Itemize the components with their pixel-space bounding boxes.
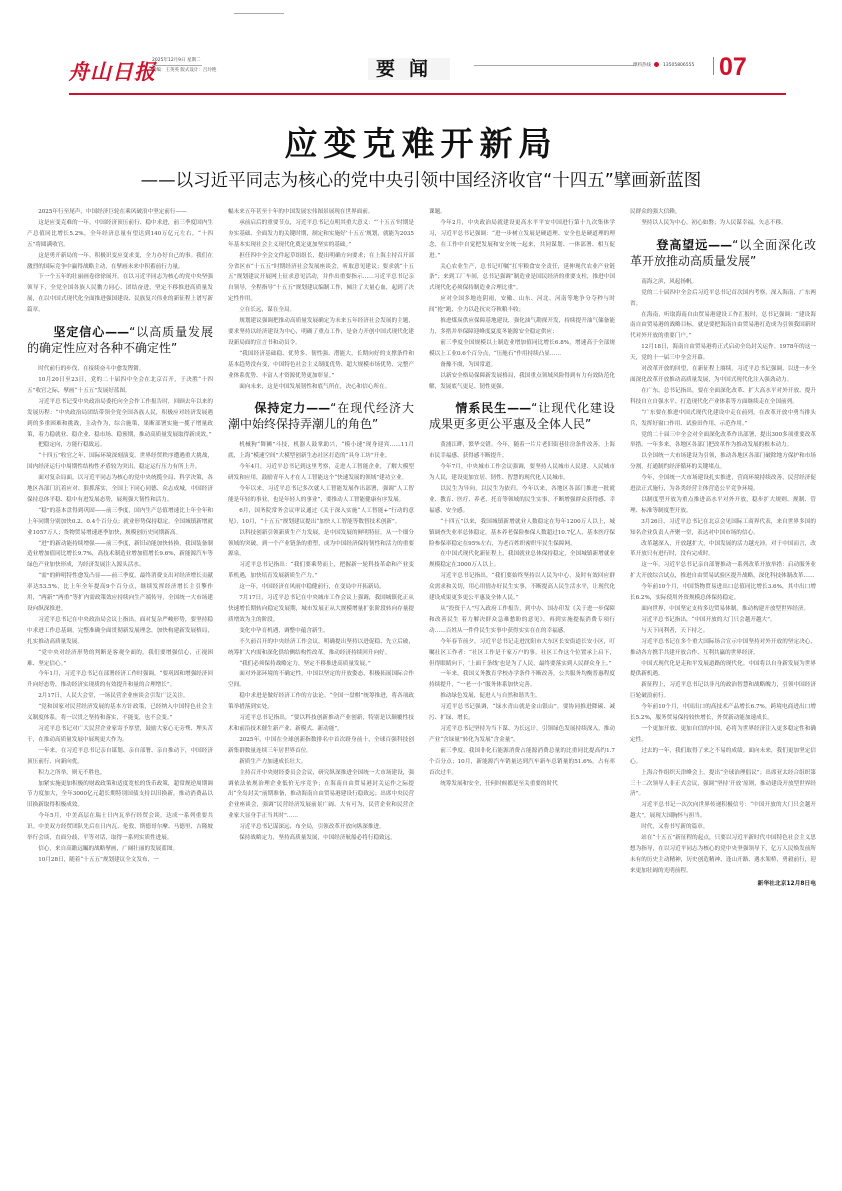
paragraph: “十四五”收官之年，国际环境深刻演变，世界经贸秩序遭遇重大挑战，国内经济运行中周… (27, 451, 213, 473)
paragraph: 推进煤炭供应保障基地建设，强化油气勘探开发，持续提升油气储备能力，多措并举保障迎… (429, 316, 615, 338)
issue-date: 2025年12月9日 星期二 (152, 56, 202, 66)
dateline-byline: 新华社北京12月8日电 (630, 879, 816, 890)
paragraph: 关心农业生产，总书记叮嘱“扛牢粮食安全责任，延伸现代农业产业链条”；来到工厂车间… (429, 262, 615, 295)
paragraph: 10月20日至23日，党的二十届四中全会在北京召开，于决胜“十四五”收官之际，擘… (27, 375, 213, 397)
paragraph: 从“投资于人”写入政府工作报告，到中办、国办印发《关于进一步保障和改善民生 着力… (429, 604, 615, 637)
paragraph: 习近平总书记在多个重大国际场合宣示中国坚持对外开放的坚定决心，推动各方携手共建开… (630, 637, 816, 659)
paragraph: 以民生为导向，以民生为依归。今年以来，各地区各部门推进一批就业、教育、医疗、养老… (429, 484, 615, 517)
hotline-label: 爆料热线 (633, 63, 651, 68)
paragraph: 把稳定向，方能行稳致远。 (27, 440, 213, 451)
hotline-number: 13505806555 (663, 63, 695, 68)
paragraph: 统筹发展和安全，任何时候都是至关重要的时代 (429, 779, 615, 790)
paragraph: “十四五”以来，我国城镇新增就业人数稳定在每年1200万人以上，城镇调查失业率总… (429, 517, 615, 550)
page-number: 07 (719, 54, 747, 80)
paragraph: 面向世界，中国坚定支持多边贸易体制，推动构建开放型世界经济。 (630, 604, 816, 615)
newspaper-logo: 舟山日报 (68, 56, 156, 86)
paragraph: 今年1月，习近平总书记在部署经济工作时强调，“要巩固和增强经济回升向好态势，推动… (27, 669, 213, 691)
paragraph: 今年前10个月，中国出口的高技术产品增长6.7%，跨境电商进出口增长5.2%，服… (630, 702, 816, 724)
paragraph: “党中央对经济形势的判断是客观全面的，我们要增强信心，正视困难、坚定信心。” (27, 648, 213, 670)
paragraph: 今年以来，习近平总书记多次就人工智能发展作出部署，强调“人工智能是年轻的事业，也… (228, 484, 414, 506)
paragraph: 面对外部环境的不确定性，中国以坚定的开放姿态，积极拓展国际合作空间。 (228, 669, 414, 691)
paragraph: 一年来，在习近平总书记亲自谋划、亲自部署、亲自推动下，中国经济顶压前行、向新向优… (27, 746, 213, 768)
paragraph: 这一年，中国经济在风雨中稳健前行，在变局中开拓新局。 (228, 582, 414, 593)
paragraph: 习近平总书记一次次向世界传递积极信号：“中国开放的大门只会越开越大”，展现大国胸… (630, 800, 816, 822)
paragraph: 习近平总书记受中央政治局委托向全会作工作报告时，回顾去年以来的发展历程：“中央政… (27, 397, 213, 441)
paragraph: 前三季度全国规模以上制造业增加值同比增长6.8%，增速高于全部规模以上工业0.6… (429, 338, 615, 360)
paragraph: 一年来，我国义务教育学校办学条件不断改善，公共服务均衡普惠程度持续提升，“一老一… (429, 669, 615, 691)
paragraph: 稳中求进是做好经济工作的方法论。“全国一盘棋”统筹推进，将各项政策举措落到实处。 (228, 691, 414, 713)
paragraph: 这是勇开新局的一年。积极识变应变求变，全力办好自己的事。我们在激烈的国际竞争中赢… (27, 251, 213, 273)
article-column-2: 幅未来五年甚至十年的中国发展宏伟图景展现在世界面前。承前启后的重要节点，习近平总… (228, 207, 414, 1167)
paragraph: 习近平总书记坚持为当下谋、为长远计，引领绿色发展持续深入，推动产业“含绿量”转化… (429, 724, 615, 746)
news-hotline: 爆料热线 13505806555 (633, 62, 694, 68)
paragraph: 习近平总书记指出，“要以科技创新推动产业创新，特别是以颠覆性技术和前沿技术催生新… (228, 713, 414, 735)
paragraph: 上海合作组织天津峰会上，提出“全球治理倡议”；出席亚太经合组织第三十二次领导人非… (630, 768, 816, 801)
paragraph: 习近平总书记在中央政治局会议上指出，面对复杂严峻形势，要坚持稳中求进工作总基调，… (27, 615, 213, 648)
paragraph: 机械狗“舞狮”斗技，机器人鼓掌助兴，“模小速”现身迎宾……11月底，上海“模速空… (228, 440, 414, 462)
paragraph: 与天下同利者，天下持之。 (630, 626, 816, 637)
article-body: 2025年行至尾声，中国经济巨轮在乘风破浪中坚定前行——这是应变克难的一年。中国… (27, 207, 817, 1177)
phone-icon (654, 62, 659, 67)
header-red-rule (69, 93, 786, 95)
article-column-1: 2025年行至尾声，中国经济巨轮在乘风破浪中坚定前行——这是应变克难的一年。中国… (27, 207, 213, 1167)
paragraph: 站在“十五五”新征程的起点，只要以习近平新时代中国特色社会主义思想为指导，在以习… (630, 833, 816, 877)
paragraph: 幅未来五年甚至十年的中国发展宏伟图景展现在世界面前。 (228, 207, 414, 218)
paragraph: 担任四中全会文件起草组组长，提出明确方向要求；在上海主持召开部分省区市“十五五”… (228, 251, 414, 306)
article-column-4: 民群众的强大信赖。坚持以人民为中心，初心如磐；为人民谋幸福，矢志不移。登高望远—… (630, 207, 816, 1167)
paragraph: 对改革开放的回望，在新征程上赓续。习近平总书记强调，以进一步全面深化改革开放推动… (630, 364, 816, 386)
section-title: 要闻 (368, 58, 450, 80)
paragraph: “我们必须保持战略定力，坚定不移推进高质量发展。” (228, 659, 414, 670)
paragraph: 今年5月，中美高层在瑞士日内瓦举行经贸会谈，达成一系列重要共识。中美双方经贸团队… (27, 811, 213, 844)
paragraph: 信心，来自高瞻远瞩的战略擘画，广阔壮丽的发展蓝图。 (27, 844, 213, 855)
paragraph: 主持召开中央财经委员会会议，研究纵深推进全国统一大市场建设，强调依法依规治理企业… (228, 768, 414, 823)
paragraph: 改革越深入，开放越扩大，中国发展的活力越充沛。对于中国而言，改革开放只有进行时，… (630, 539, 816, 561)
paragraph: 今年2月，中央政治局就建设更高水平平安中国进行第十九次集体学习，习近平总书记强调… (429, 218, 615, 262)
section-subheading: 坚定信心——“以高质量发展的确定性应对各种不确定性” (27, 324, 213, 356)
paragraph: 加紧实施更加积极的财政政策和适度宽松的货币政策，超常规逆周期调节力度加大，全年3… (27, 779, 213, 812)
paragraph: 在广东，总书记指出，要在全面深化改革、扩大高水平对外开放、提升科技自立自强水平、… (630, 386, 816, 408)
paragraph: 党的二十届三中全会对全面深化改革作出部署，提出300多项重要改革举措。一年多来，… (630, 430, 816, 452)
paragraph: 12月18日，海南自由贸易港将正式启动全岛封关运作。1978年的这一天，党的十一… (630, 342, 816, 364)
paragraph: 立在长远，谋在全局。 (228, 305, 414, 316)
paragraph: 南海之滨，风起扬帆。 (630, 277, 816, 288)
paragraph: 变化中孕育机遇，调整中蕴含新生。 (228, 626, 414, 637)
paragraph: 承前启后的重要节点，习近平总书记点明其重大意义：“‘十五五’时期是夯实基础、全面… (228, 218, 414, 251)
paragraph: 习近平总书记强调，“绿水青山就是金山银山”，要协同推进降碳、减污、扩绿、增长。 (429, 702, 615, 724)
paragraph: 6月，国务院常务会议审议通过《关于深入实施“人工智能+”行动的意见》，10月，“… (228, 506, 414, 528)
subheading-lead: 坚定信心—— (27, 325, 129, 339)
article-headline: 应变克难开新局 (0, 118, 842, 165)
paragraph: 备豫不虞，为国常道。 (429, 360, 615, 371)
paragraph: 这一年，习近平总书记亲自部署推动一系列改革开放举措：启动服务业扩大开放综合试点，… (630, 560, 816, 582)
paragraph: 面向未来，这是中国发展韧性和底气所在，决心和信心所在。 (228, 382, 414, 393)
paragraph: 10月28日，随着“十五五”规划建议全文发布，一 (27, 855, 213, 866)
paragraph: “广东要在推进中国式现代化建设中走在前列，在改革开放中勇当排头兵，发挥好窗口作用… (630, 408, 816, 430)
issue-meta: 2025年12月9日 星期二 责编：王英英 版式设计：吕玲艳 (152, 56, 216, 75)
paragraph: 今年前10个月，中国货物贸易进出口总值同比增长3.6%，其中出口增长6.2%，实… (630, 582, 816, 604)
paragraph: 习近平总书记指出，“我们要始终坚持以人民为中心，及时有效回应群众需求和关切，用心… (429, 571, 615, 604)
paragraph: 一个更加开放、更加自信的中国，必将为世界经济注入更多稳定性和确定性。 (630, 724, 816, 746)
section-subheading: 情系民生——“让现代化建设成果更多更公平惠及全体人民” (429, 400, 615, 432)
paragraph: 2月17日，人民大会堂，一场民营企业座谈会引发广泛关注。 (27, 691, 213, 702)
paragraph: 今年4月，习近平总书记到这里考察，走进人工智能企业，了解大模型研发和应用，鼓励青… (228, 462, 414, 484)
paragraph: 积力之所举，则无不胜也。 (27, 768, 213, 779)
subheading-lead: 情系民生—— (429, 401, 531, 415)
paragraph: 3月26日，习近平总书记在北京会见国际工商界代表，来自世界多国的知名企业负责人齐… (630, 517, 816, 539)
paragraph: 应对全国多地连阴雨，安徽、山东、河北、河南等地争分夺秒与时间“抢”跑，全力以赴抗… (429, 294, 615, 316)
paragraph: 习近平总书记指出，“中国开放的大门只会越开越大”。 (630, 615, 816, 626)
subheading-lead: 登高望远—— (630, 238, 732, 252)
paragraph: 在中国式现代化新征程上，我国就业总体保持稳定，全国城镇新增就业规模稳定在3000… (429, 549, 615, 571)
paragraph: 以新安全格局保障新发展格局，我国重点领域风险得到有力有效防范化解，发展底气更足、… (429, 371, 615, 393)
paragraph: 保持战略定力，坚持高质量发展，中国经济航船必将行稳致远。 (228, 833, 414, 844)
paragraph: 党的二十届四中全会后习近平总书记首次国内考察，深入海南、广东两省。 (630, 288, 816, 310)
paragraph: 7月17日，习近平总书记在中央城市工作会议上强调，我国城镇化正从快速增长期转向稳… (228, 593, 414, 626)
paragraph: 中国式现代化是走和平发展道路的现代化。中国将以自身新发展为世界提供新机遇。 (630, 659, 816, 681)
article-column-3: 课题。今年2月，中央政治局就建设更高水平平安中国进行第十九次集体学习，习近平总书… (429, 207, 615, 1167)
paragraph: 面对复杂局面，以习近平同志为核心的党中央统揽全局、科学决策，各地区各部门沉着应对… (27, 473, 213, 506)
paragraph: 推动绿色发展，促进人与自然和谐共生。 (429, 691, 615, 702)
paragraph: “需”的鲜明特性愈发凸显——前三季度，最终消费支出对经济增长贡献率达53.5%，… (27, 571, 213, 615)
paragraph: 规划建议强调把推动高质量发展确定为未来五年经济社会发展的主题，要求坚持以经济建设… (228, 316, 414, 349)
article-subheadline: ——以习近平同志为核心的党中央引领中国经济收官“十四五”擘画新蓝图 (0, 167, 842, 192)
paragraph: 坚持以人民为中心，初心如磐；为人民谋幸福，矢志不移。 (630, 218, 816, 229)
section-subheading: 登高望远——“以全面深化改革开放推动高质量发展” (630, 237, 816, 269)
page-number-divider (713, 57, 714, 75)
paragraph: 在海南，听取海南自由贸易港建设工作汇报时，总书记强调：“建设海南自由贸易港的战略… (630, 310, 816, 343)
header-divider-left (234, 13, 284, 14)
paragraph: “稳”的基本盘得到巩固——前三季度，国内生产总值增速比上年全年和上年同期分别加快… (27, 506, 213, 539)
paragraph: “党和国家对民营经济发展的基本方针政策，已经纳入中国特色社会主义制度体系，将一以… (27, 702, 213, 724)
paragraph: 黄浦江畔，繁华交错。今年，随着一片片老旧街巷住房条件改善，上海市民幸福感、获得感… (429, 440, 615, 462)
paragraph: 今年7月，中央城市工作会议强调，要坚持人民城市人民建、人民城市为人民，建设更加宜… (429, 462, 615, 484)
paragraph: 不久前召开的中央经济工作会议，明确提出坚持以进促稳、先立后破，统筹扩大内需和深化… (228, 637, 414, 659)
section-subheading: 保持定力——“在现代经济大潮中始终保持弄潮儿的角色” (228, 400, 414, 432)
paragraph: 新质生产力加速成长壮大。 (228, 757, 414, 768)
paragraph: 时代前行的步伐，在接续奋斗中愈发铿锵。 (27, 364, 213, 375)
header-divider-right (474, 65, 634, 66)
paragraph: 时代，又将书写新的篇章。 (630, 822, 816, 833)
paragraph: 习近平总书记对广大民营企业家寄予厚望，鼓励大家心无旁骛、埋头苦干，在推动高质量发… (27, 724, 213, 746)
editor-credits: 责编：王英英 版式设计：吕玲艳 (152, 66, 216, 75)
paragraph: 课题。 (429, 207, 615, 218)
paragraph: 习近平总书记谋深远、布全局，引领改革开放向纵深推进。 (228, 822, 414, 833)
paragraph: 民群众的强大信赖。 (630, 207, 816, 218)
paragraph: 新征程上，习近平总书记以非凡的政治智慧和战略魄力，引领中国经济巨轮破浪前行。 (630, 680, 816, 702)
paragraph: “我国经济基础稳、优势多、韧性强、潜能大，长期向好的支撑条件和基本趋势没有变，中… (228, 349, 414, 382)
paragraph: 2025年行至尾声，中国经济巨轮在乘风破浪中坚定前行—— (27, 207, 213, 218)
paragraph: 下一个五年的壮丽画卷徐徐展开。在以习近平同志为核心的党中央坚强领导下，全党全国各… (27, 272, 213, 316)
subheading-lead: 保持定力—— (228, 401, 330, 415)
paragraph: 今年春节前夕，习近平总书记走进沈阳市大东区长安街道长安小区，叮嘱社区工作者：“社… (429, 637, 615, 670)
paragraph: 前三季度，我国非化石能源消费占能源消费总量的比重同比提高约1.7个百分点；10月… (429, 746, 615, 779)
paragraph: 过去的一年，我们取得了来之不易的成绩。面向未来，我们更加坚定信心。 (630, 746, 816, 768)
paragraph: 2025年，中国在全球创新指数排名中首次跻身前十，全球百强科技创新集群数量连续三… (228, 735, 414, 757)
paragraph: 以制度型开放为重点推进高水平对外开放，稳步扩大规则、规制、管理、标准等制度型开放… (630, 495, 816, 517)
paragraph: 习近平总书记指出：“我们要乘势而上，把握新一轮科技革命和产业变革机遇，加快培育发… (228, 560, 414, 582)
paragraph: “进”的新动能持续增强——前三季度，新旧动能加快转换，我国装备制造业增加值同比增… (27, 539, 213, 572)
paragraph: 这是应变克难的一年。中国经济顶压前行、稳中求进，前三季度国内生产总值同比增长5.… (27, 218, 213, 251)
paragraph: 以全国统一大市场建设为引领，推动各地区各部门破除地方保护和市场分割，打通制约经济… (630, 451, 816, 473)
paragraph: 以科技创新引领新质生产力发展，是中国发展的鲜明特征。从一个细分领域的突破，到一个… (228, 528, 414, 561)
paragraph: 今年，全国统一大市场建设扎实推进，营商环境持续改善，民营经济促进法正式施行，为各… (630, 473, 816, 495)
